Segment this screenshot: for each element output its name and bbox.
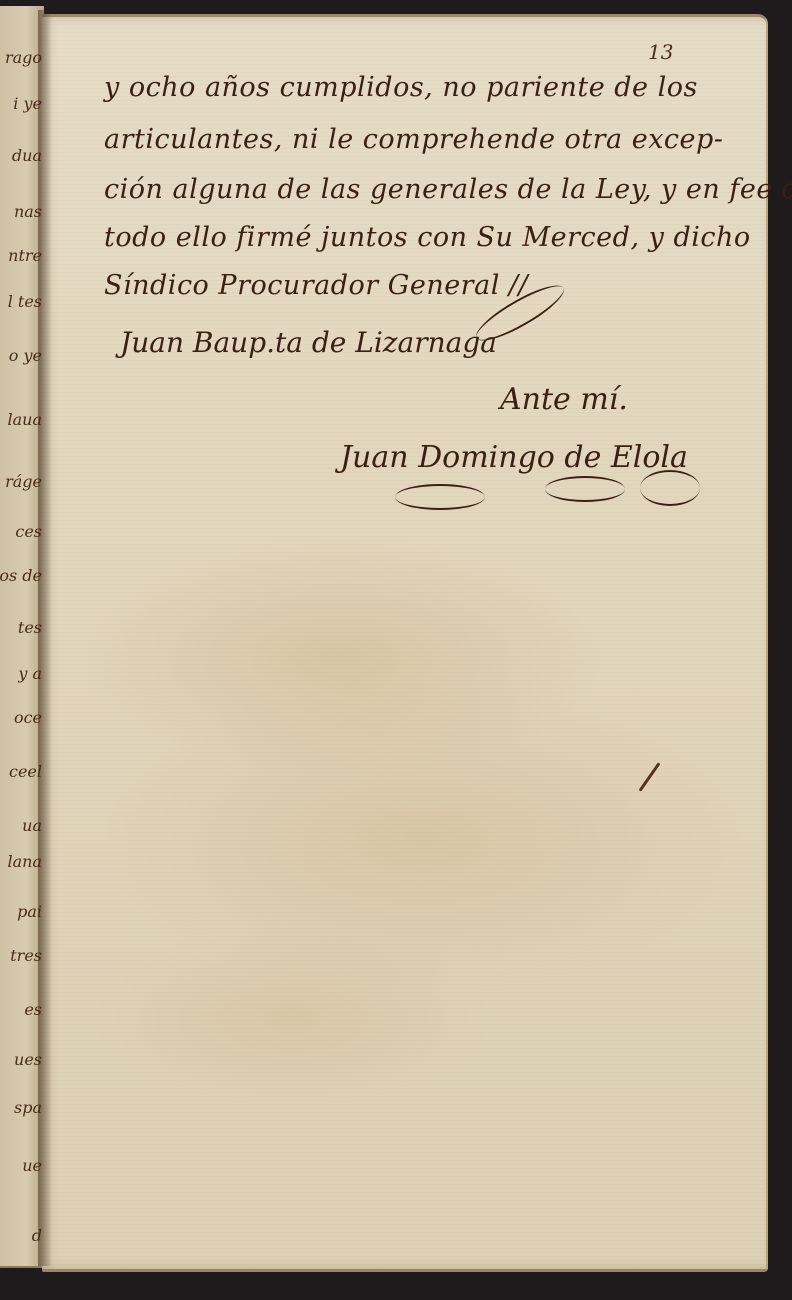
facing-page-fragment: ua <box>0 816 42 835</box>
facing-page-fragment: ues <box>0 1050 42 1069</box>
notary-rubric-2 <box>545 476 625 502</box>
notary-prefix: Ante mí. <box>500 382 628 417</box>
facing-page-fragment: es <box>0 1000 42 1019</box>
facing-page-fragment: ces <box>0 522 42 541</box>
body-line: ción alguna de las generales de la Ley, … <box>104 174 792 205</box>
facing-page-fragment: o ye <box>0 346 42 365</box>
facing-page-fragment: oce <box>0 708 42 727</box>
gutter-shadow <box>38 10 52 1266</box>
notary-signature: Juan Domingo de Elola <box>340 440 688 475</box>
body-line: articulantes, ni le comprehende otra exc… <box>104 124 723 155</box>
facing-page-fragment: l tes <box>0 292 42 311</box>
facing-page-fragment: ntre <box>0 246 42 265</box>
notary-rubric-3 <box>640 470 700 506</box>
facing-page-fragment: lana <box>0 852 42 871</box>
facing-page-fragment: rago <box>0 48 42 67</box>
body-line: Síndico Procurador General // <box>104 270 528 301</box>
notary-rubric-1 <box>395 484 485 510</box>
facing-page-fragment: pai <box>0 902 42 921</box>
facing-page-fragment: ráge <box>0 472 42 491</box>
facing-page-fragment: os de <box>0 566 42 585</box>
facing-page-fragment: tes <box>0 618 42 637</box>
facing-page-fragment: i ye <box>0 94 42 113</box>
facing-page-fragment: laua <box>0 410 42 429</box>
body-line: y ocho años cumplidos, no pariente de lo… <box>104 72 698 103</box>
facing-page-fragment: d <box>0 1226 42 1245</box>
witness-signature: Juan Baup.ta de Lizarnaga <box>120 326 497 359</box>
facing-page-fragment: tres <box>0 946 42 965</box>
facing-page-fragment: ue <box>0 1156 42 1175</box>
body-line: todo ello firmé juntos con Su Merced, y … <box>104 222 751 253</box>
facing-page-fragment: spa <box>0 1098 42 1117</box>
facing-page-fragment: y a <box>0 664 42 683</box>
facing-page-fragment: ceel <box>0 762 42 781</box>
facing-page-fragment: nas <box>0 202 42 221</box>
folio-number: 13 <box>648 40 673 64</box>
facing-page-fragment: dua <box>0 146 42 165</box>
